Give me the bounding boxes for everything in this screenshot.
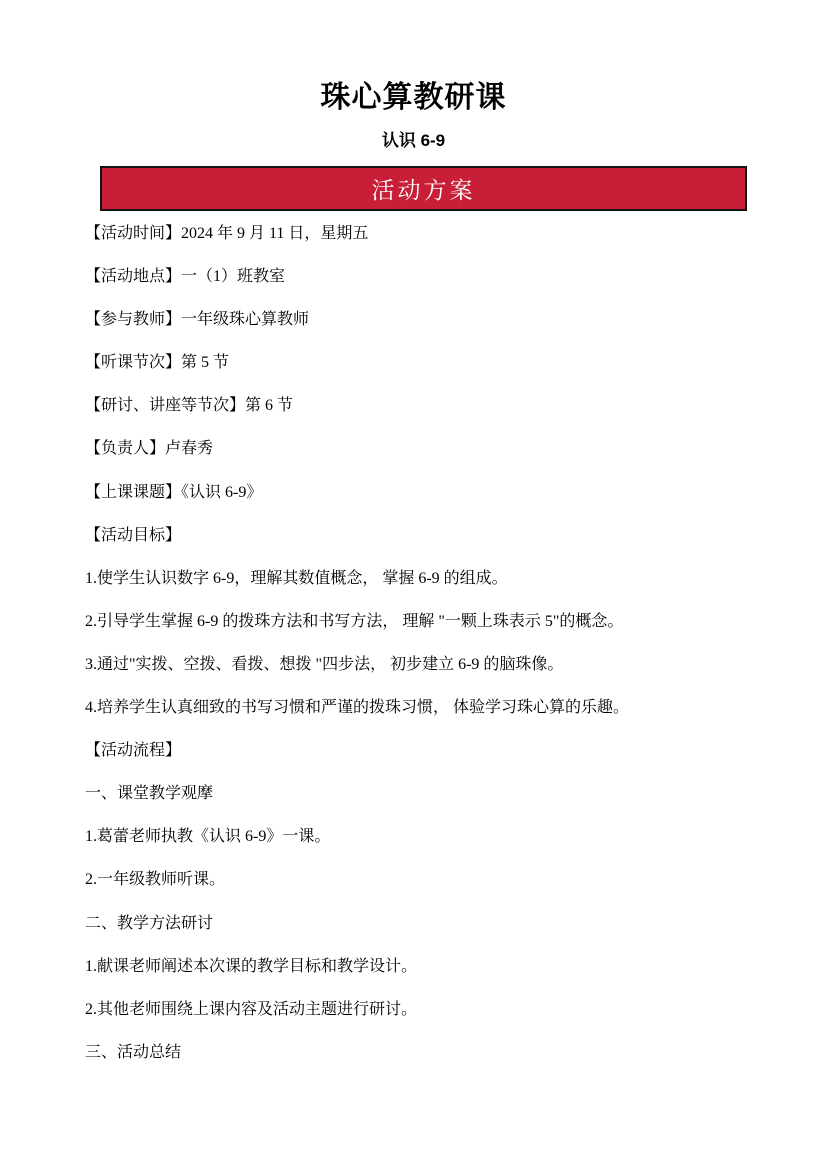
document-line: 3.通过"实拨、空拨、看拨、想拨 "四步法， 初步建立 6-9 的脑珠像。 (85, 643, 747, 686)
document-line: 【活动流程】 (85, 729, 747, 772)
document-line: 【活动时间】2024 年 9 月 11 日，星期五 (85, 212, 747, 255)
activity-banner: 活动方案 (100, 166, 747, 211)
activity-banner-label: 活动方案 (372, 172, 476, 205)
document-subtitle: 认识 6-9 (0, 128, 827, 154)
document-line: 【听课节次】第 5 节 (85, 341, 747, 384)
document-line: 三、活动总结 (85, 1031, 747, 1074)
document-title: 珠心算教研课 (0, 79, 827, 117)
document-line: 【研讨、讲座等节次】第 6 节 (85, 384, 747, 427)
document-body: 【活动时间】2024 年 9 月 11 日，星期五 【活动地点】一（1）班教室 … (85, 212, 747, 1074)
document-line: 【上课课题】《认识 6-9》 (85, 471, 747, 514)
document-line: 2.其他老师围绕上课内容及活动主题进行研讨。 (85, 988, 747, 1031)
document-line: 【参与教师】一年级珠心算教师 (85, 298, 747, 341)
document-line: 【活动地点】一（1）班教室 (85, 255, 747, 298)
document-line: 2.引导学生掌握 6-9 的拨珠方法和书写方法， 理解 "一颗上珠表示 5"的概… (85, 600, 747, 643)
document-line: 4.培养学生认真细致的书写习惯和严谨的拨珠习惯， 体验学习珠心算的乐趣。 (85, 686, 747, 729)
document-line: 二、教学方法研讨 (85, 902, 747, 945)
document-line: 1.使学生认识数字 6-9，理解其数值概念， 掌握 6-9 的组成。 (85, 557, 747, 600)
document-line: 【活动目标】 (85, 514, 747, 557)
document-line: 1.献课老师阐述本次课的教学目标和教学设计。 (85, 945, 747, 988)
document-page: 珠心算教研课 认识 6-9 活动方案 【活动时间】2024 年 9 月 11 日… (0, 0, 827, 1170)
document-line: 1.葛蕾老师执教《认识 6-9》一课。 (85, 815, 747, 858)
document-line: 【负责人】卢春秀 (85, 427, 747, 470)
document-line: 一、课堂教学观摩 (85, 772, 747, 815)
document-line: 2.一年级教师听课。 (85, 858, 747, 901)
